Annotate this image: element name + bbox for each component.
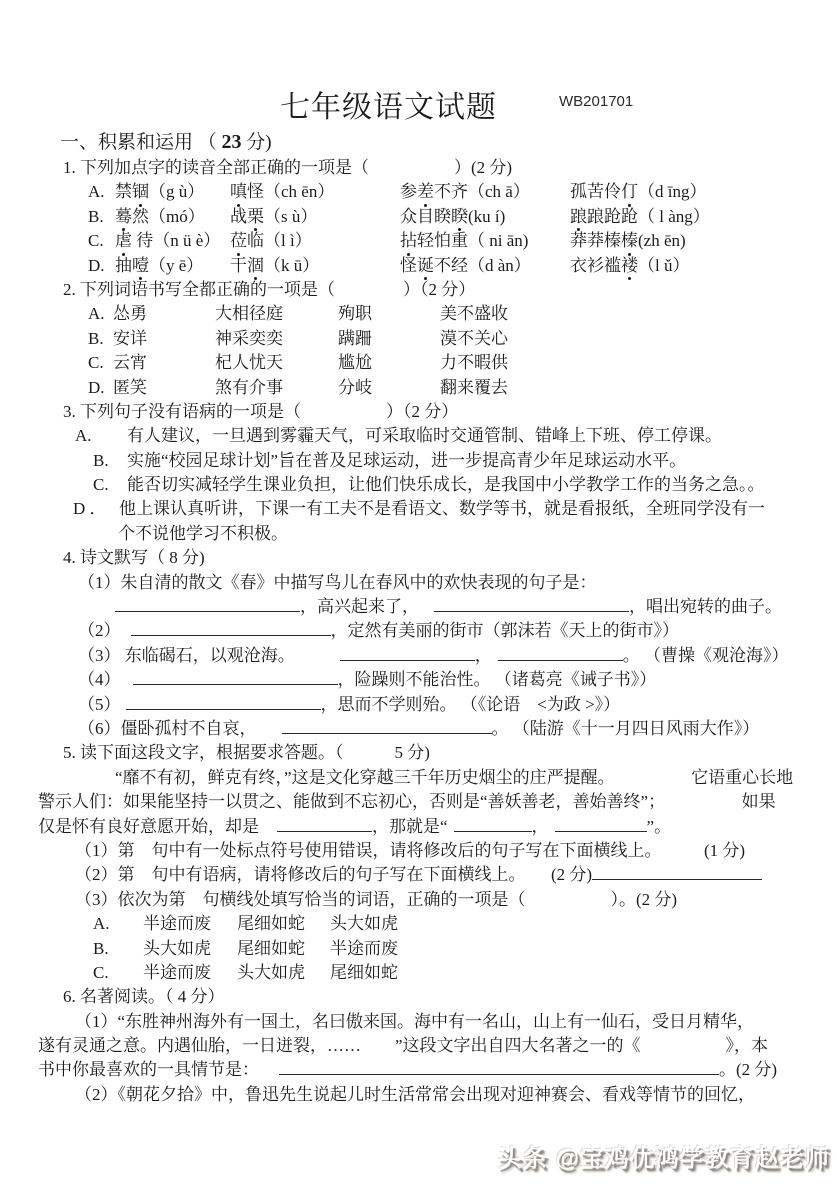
option-text: 众目睽睽(ku í) [400, 205, 570, 229]
emphasis-dot-char: 踉 [570, 205, 587, 229]
watermark: 头条 @宝鸡优鸿学教育赵老师 [498, 1138, 830, 1173]
option-row: D.匿笑煞有介事分岐翻来覆去 [88, 376, 818, 400]
option-text: 怪诞不经（d àn） [400, 254, 570, 278]
option-text: 漠不关心 [440, 327, 508, 351]
q3-stem: 3. 下列句子没有语病的一项是（ ）（2 分） [63, 400, 818, 424]
option-text: 匿笑 [113, 376, 215, 400]
q2-stem: 2. 下列词语书写全都正确的一项是（ ）（2 分） [63, 278, 818, 302]
q4-item-1: （1）朱自清的散文《春》中描写鸟儿在春风中的欢快表现的句子是： [78, 571, 818, 595]
emphasis-dot-char: 锢 [132, 180, 149, 204]
emphasis-dot-char: 涸 [247, 254, 264, 278]
emphasis-dot-char: 榛 [621, 229, 638, 253]
q5-subitem-1: （1）第 句中有一处标点符号使用错误，请将修改后的句子写在下面横线上。 (1 分… [75, 839, 818, 863]
emphasis-dot-char: 诞 [417, 254, 434, 278]
option-text: 参差不齐（ch ā） [400, 180, 570, 204]
q5-passage-line-2: 警示人们：如果能坚持一以贯之、能做到不忘初心，否则是“善妖善老，善始善终”； 如… [38, 790, 818, 814]
q4-item-6: （6）僵卧孤村不自哀，。 （陆游《十一月四日风雨大作》） [78, 717, 818, 741]
emphasis-dot-char: 睽 [451, 205, 468, 229]
option-text: 蹒跚 [338, 327, 440, 351]
emphasis-dot-char: 虐 [115, 229, 132, 253]
emphasis-dot-char: 褛 [621, 254, 638, 278]
option-text: 大相径庭 [215, 302, 338, 326]
q4-item-3: （3） 东临碣石，以观沧海。，。 （曹操《观沧海》） [78, 644, 818, 668]
option-text: 半途而废 [143, 912, 237, 936]
option-label: A. [88, 180, 115, 204]
answer-blank-line [434, 598, 629, 612]
option-text: 殉职 [338, 302, 440, 326]
option-label: A. [93, 912, 143, 936]
q5-passage-line-3: 仅是怀有良好意愿开始，却是，那就是“，”。 [38, 815, 818, 839]
q5-passage-line-1: “靡不有初，鲜克有终，”这是文化穿越三千年历史烟尘的庄严提醒。 它语重心长地 [115, 766, 818, 790]
option-text: 尴尬 [338, 351, 440, 375]
option-text: 头大如虎 [143, 937, 237, 961]
option-row: C.虐 待（n ü è）莅临（l ì）拈轻怕重（ ni ān)莽莽榛榛(zh ē… [88, 229, 818, 253]
option-text: 嗔怪（ch ēn） [230, 180, 400, 204]
option-label: C. [88, 229, 115, 253]
emphasis-dot-char: 莅 [230, 229, 247, 253]
q5-subitem-2: （2）第 句中有语病，请将修改后的句子写在下面横线上。 (2 分) [75, 863, 818, 887]
q3-option-b: B.实施“校园足球计划”旨在普及足球运动，进一步提高青少年足球运动水平。 [93, 449, 818, 473]
answer-blank-line [131, 622, 331, 636]
q5-options: A.半途而废尾细如蛇头大如虎B.头大如虎尾细如蛇半途而废C.半途而废头大如虎尾细… [93, 912, 818, 985]
option-text: 莽莽榛榛(zh ēn) [570, 229, 686, 253]
option-row: C.半途而废头大如虎尾细如蛇 [93, 961, 818, 985]
paper-code: WB201701 [559, 93, 633, 110]
option-text: 踉踉跄跄（ l àng） [570, 205, 710, 229]
option-text: 云宵 [113, 351, 215, 375]
answer-blank-line [115, 598, 300, 612]
answer-blank-line [592, 866, 762, 880]
answer-blank-line [498, 647, 623, 661]
option-text: 衣衫褴褛（l ǔ） [570, 254, 689, 278]
option-label: C. [93, 473, 127, 497]
option-text: 半途而废 [143, 961, 237, 985]
option-text: 半途而废 [330, 937, 398, 961]
exam-paper-page: 七年级语文试题 WB201701 一、积累和运用 （ 23 分) 1. 下列加点… [0, 0, 838, 1185]
option-text: 有人建议，一旦遇到雾霾天气，可采取临时交通管制、错峰上下班、停工停课。 [127, 426, 722, 445]
option-label: B. [88, 205, 115, 229]
option-text: 杞人忧天 [215, 351, 338, 375]
option-text: 分岐 [338, 376, 440, 400]
option-text: 煞有介事 [215, 376, 338, 400]
option-label: B. [93, 937, 143, 961]
option-text: 孤苦伶仃（d īng） [570, 180, 706, 204]
emphasis-dot-char: 蓦 [115, 205, 132, 229]
q3-option-d: D ．他上课认真听讲，下课一有工夫不是看语文、数学等书，就是看报纸，全班同学没有… [73, 497, 818, 521]
answer-blank-line [340, 647, 475, 661]
q6-item-1-line-1: （1）“东胜神州海外有一国土，名曰傲来国。海中有一名山，山上有一仙石，受日月精华… [75, 1010, 818, 1034]
option-text: 禁锢（g ù） [115, 180, 230, 204]
option-text: 战栗（s ù） [230, 205, 400, 229]
q4-item-2: （2），定然有美丽的街市（郭沫若《天上的街市》） [78, 619, 818, 643]
q6-item-2: （2）《朝花夕拾》中，鲁迅先生说起儿时生活常常会出现对迎神赛会、看戏等情节的回忆… [75, 1083, 818, 1107]
option-label: A. [75, 424, 127, 448]
emphasis-dot-char: 仃 [621, 180, 638, 204]
option-text: 他上课认真听讲，下课一有工夫不是看语文、数学等书，就是看报纸，全班同学没有一 [119, 499, 765, 518]
q1-options: A.禁锢（g ù）嗔怪（ch ēn）参差不齐（ch ā）孤苦伶仃（d īng）B… [88, 180, 818, 278]
q5-heading: 5. 读下面这段文字，根据要求答题。（ 5 分) [63, 741, 818, 765]
q5-subitem-3: （3）依次为第 句横线处填写恰当的词语，正确的一项是（ ）。(2 分) [75, 888, 818, 912]
q4-item-5: （5），思而不学则殆。 （《论语 <为政 >》） [78, 693, 818, 717]
answer-blank-line [555, 818, 647, 832]
option-label: C. [93, 961, 143, 985]
paper-title: 七年级语文试题 [280, 82, 497, 126]
q6-item-1-line-2: 遂有灵通之意。内遇仙胎，一日迸裂，…… ”这段文字出自四大名著之一的《 》，本 [38, 1034, 818, 1058]
option-text: 怂勇 [113, 302, 215, 326]
q1-stem: 1. 下列加点字的读音全部正确的一项是（ ）(2 分) [63, 156, 818, 180]
q4-item-4: （4），险躁则不能治性。 （诸葛亮《诫子书》） [78, 668, 818, 692]
option-row: D.抽噎（y ē）干涸（k ū）怪诞不经（d àn）衣衫褴褛（l ǔ） [88, 254, 818, 278]
option-text: 干涸（k ū） [230, 254, 400, 278]
option-text: 神采奕奕 [215, 327, 338, 351]
option-row: A.禁锢（g ù）嗔怪（ch ēn）参差不齐（ch ā）孤苦伶仃（d īng） [88, 180, 818, 204]
emphasis-dot-char: 嗔 [230, 180, 247, 204]
answer-blank-line [282, 720, 492, 734]
option-label: A. [88, 302, 113, 326]
option-text: 拈轻怕重（ ni ān) [400, 229, 570, 253]
option-text: 力不暇供 [440, 351, 508, 375]
option-row: B.安详神采奕奕蹒跚漠不关心 [88, 327, 818, 351]
option-text: 尾细如蛇 [237, 937, 330, 961]
option-row: B.蓦然（mó）战栗（s ù）众目睽睽(ku í)踉踉跄跄（ l àng） [88, 205, 818, 229]
option-row: C.云宵杞人忧天尴尬力不暇供 [88, 351, 818, 375]
answer-blank-line [454, 818, 532, 832]
option-row: A.怂勇大相径庭殉职美不盛收 [88, 302, 818, 326]
option-row: B.头大如虎尾细如蛇半途而废 [93, 937, 818, 961]
option-label: B. [88, 327, 113, 351]
option-label: D ． [73, 497, 119, 521]
option-text: 蓦然（mó） [115, 205, 230, 229]
paper-header: 七年级语文试题 WB201701 [0, 0, 838, 126]
option-text: 实施“校园足球计划”旨在普及足球运动，进一步提高青少年足球运动水平。 [127, 451, 686, 470]
option-text: 尾细如蛇 [237, 912, 330, 936]
option-text: 翻来覆去 [440, 376, 508, 400]
q2-options: A.怂勇大相径庭殉职美不盛收B.安详神采奕奕蹒跚漠不关心C.云宵杞人忧天尴尬力不… [88, 302, 818, 400]
option-text: 头大如虎 [237, 961, 330, 985]
emphasis-dot-char: 噎 [132, 254, 149, 278]
option-text: 头大如虎 [330, 912, 398, 936]
section-one-heading: 一、积累和运用 （ 23 分) [0, 129, 838, 156]
option-text: 安详 [113, 327, 215, 351]
q3-option-c: C.能否切实减轻学生课业负担，让他们快乐成长，是我国中小学教学工作的当务之急。。 [93, 473, 818, 497]
q6-item-1-line-3: 书中你最喜欢的一具情节是：。(2 分) [38, 1058, 818, 1082]
option-row: A.半途而废尾细如蛇头大如虎 [93, 912, 818, 936]
option-text: 虐 待（n ü è） [115, 229, 230, 253]
q4-heading: 4. 诗文默写（ 8 分) [63, 546, 818, 570]
option-label: D. [88, 254, 115, 278]
exam-body: 1. 下列加点字的读音全部正确的一项是（ ）(2 分) A.禁锢（g ù）嗔怪（… [0, 156, 838, 1107]
answer-blank-line [133, 671, 338, 685]
option-text: 抽噎（y ē） [115, 254, 230, 278]
option-label: B. [93, 449, 127, 473]
answer-blank-line [126, 696, 321, 710]
answer-blank-line [277, 818, 372, 832]
answer-blank-line [279, 1061, 719, 1075]
q4-item-1-blanks: ，高兴起来了，，唱出宛转的曲子。 [115, 595, 818, 619]
option-text: 尾细如蛇 [330, 961, 398, 985]
option-text: 莅临（l ì） [230, 229, 400, 253]
option-label: C. [88, 351, 113, 375]
option-label: D. [88, 376, 113, 400]
option-text: 能否切实减轻学生课业负担，让他们快乐成长，是我国中小学教学工作的当务之急。。 [127, 475, 765, 494]
option-text: 美不盛收 [440, 302, 508, 326]
q3-option-a: A.有人建议，一旦遇到雾霾天气，可采取临时交通管制、错峰上下班、停工停课。 [75, 424, 818, 448]
emphasis-dot-char: 拈 [400, 229, 417, 253]
emphasis-dot-char: 栗 [247, 205, 264, 229]
emphasis-dot-char: 差 [417, 180, 434, 204]
q6-heading: 6. 名著阅读。（ 4 分） [63, 985, 818, 1009]
q3-option-d-continued: 个不说他学习不积极。 [118, 522, 818, 546]
